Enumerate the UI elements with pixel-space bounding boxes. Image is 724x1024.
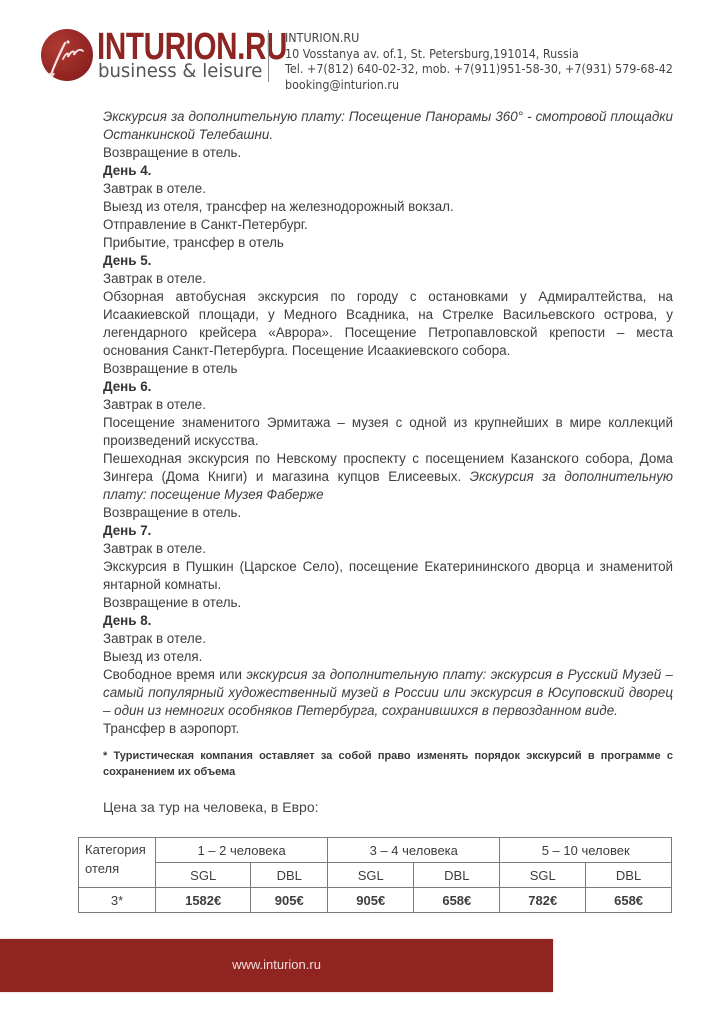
day-6-title: День 6. — [103, 378, 673, 396]
disclaimer-note: * Туристическая компания оставляет за со… — [103, 748, 673, 780]
day-4-line: Отправление в Санкт-Петербург. — [103, 216, 673, 234]
day-6-return: Возвращение в отель. — [103, 504, 673, 522]
price-cell: 782€ — [500, 888, 586, 913]
day-8-transfer: Трансфер в аэропорт. — [103, 720, 673, 738]
room-type-header: DBL — [414, 863, 500, 888]
price-cell: 905€ — [251, 888, 328, 913]
footer-bar: www.inturion.ru — [0, 939, 553, 992]
tour-program: Экскурсия за дополнительную плату: Посещ… — [103, 108, 673, 738]
day-5-title: День 5. — [103, 252, 673, 270]
day-5-tour: Обзорная автобусная экскурсия по городу … — [103, 288, 673, 360]
day-8-checkout: Выезд из отеля. — [103, 648, 673, 666]
hotel-category: 3* — [79, 888, 156, 913]
room-type-header: DBL — [251, 863, 328, 888]
day-6-breakfast: Завтрак в отеле. — [103, 396, 673, 414]
room-type-header: DBL — [586, 863, 672, 888]
price-cell: 905€ — [328, 888, 414, 913]
price-cell: 658€ — [414, 888, 500, 913]
day-5-return: Возвращение в отель — [103, 360, 673, 378]
contact-phones: Tel. +7(812) 640-02-32, mob. +7(911)951-… — [285, 62, 673, 78]
day-7-tour: Экскурсия в Пушкин (Царское Село), посещ… — [103, 558, 673, 594]
return-line: Возвращение в отель. — [103, 144, 673, 162]
group-header: 3 – 4 человека — [328, 838, 500, 863]
day-5-breakfast: Завтрак в отеле. — [103, 270, 673, 288]
price-cell: 1582€ — [156, 888, 251, 913]
day-8-breakfast: Завтрак в отеле. — [103, 630, 673, 648]
table-subheader-row: SGL DBL SGL DBL SGL DBL — [79, 863, 672, 888]
room-type-header: SGL — [328, 863, 414, 888]
price-table: Категория отеля 1 – 2 человека 3 – 4 чел… — [78, 837, 672, 913]
contact-email[interactable]: booking@inturion.ru — [285, 78, 673, 94]
price-title: Цена за тур на человека, в Евро: — [103, 799, 319, 815]
contact-address: 10 Vosstanya av. of.1, St. Petersburg,19… — [285, 47, 673, 63]
day-7-breakfast: Завтрак в отеле. — [103, 540, 673, 558]
day-6-walk: Пешеходная экскурсия по Невскому проспек… — [103, 450, 673, 504]
group-header: 5 – 10 человек — [500, 838, 672, 863]
inturion-monogram-icon — [41, 29, 93, 81]
day-8-free-time: Свободное время или экскурсия за дополни… — [103, 666, 673, 720]
group-header: 1 – 2 человека — [156, 838, 328, 863]
header-divider — [268, 30, 269, 82]
letterhead: INTURION.RU business & leisure INTURION.… — [0, 0, 724, 100]
category-header: Категория отеля — [79, 838, 156, 888]
day-4-line: Прибытие, трансфер в отель — [103, 234, 673, 252]
contact-company: INTURION.RU — [285, 31, 673, 47]
day-4-line: Завтрак в отеле. — [103, 180, 673, 198]
contact-block: INTURION.RU 10 Vosstanya av. of.1, St. P… — [285, 31, 673, 93]
price-cell: 658€ — [586, 888, 672, 913]
table-row: 3* 1582€ 905€ 905€ 658€ 782€ 658€ — [79, 888, 672, 913]
room-type-header: SGL — [500, 863, 586, 888]
brand-tagline: business & leisure — [98, 61, 262, 81]
day-7-title: День 7. — [103, 522, 673, 540]
room-type-header: SGL — [156, 863, 251, 888]
optional-excursion-ostankino: Экскурсия за дополнительную плату: Посещ… — [103, 108, 673, 144]
day-7-return: Возвращение в отель. — [103, 594, 673, 612]
table-header-row: Категория отеля 1 – 2 человека 3 – 4 чел… — [79, 838, 672, 863]
day-4-line: Выезд из отеля, трансфер на железнодорож… — [103, 198, 673, 216]
day-8-title: День 8. — [103, 612, 673, 630]
day-4-title: День 4. — [103, 162, 673, 180]
day-6-hermitage: Посещение знаменитого Эрмитажа – музея с… — [103, 414, 673, 450]
footer-website-link[interactable]: www.inturion.ru — [0, 957, 553, 972]
